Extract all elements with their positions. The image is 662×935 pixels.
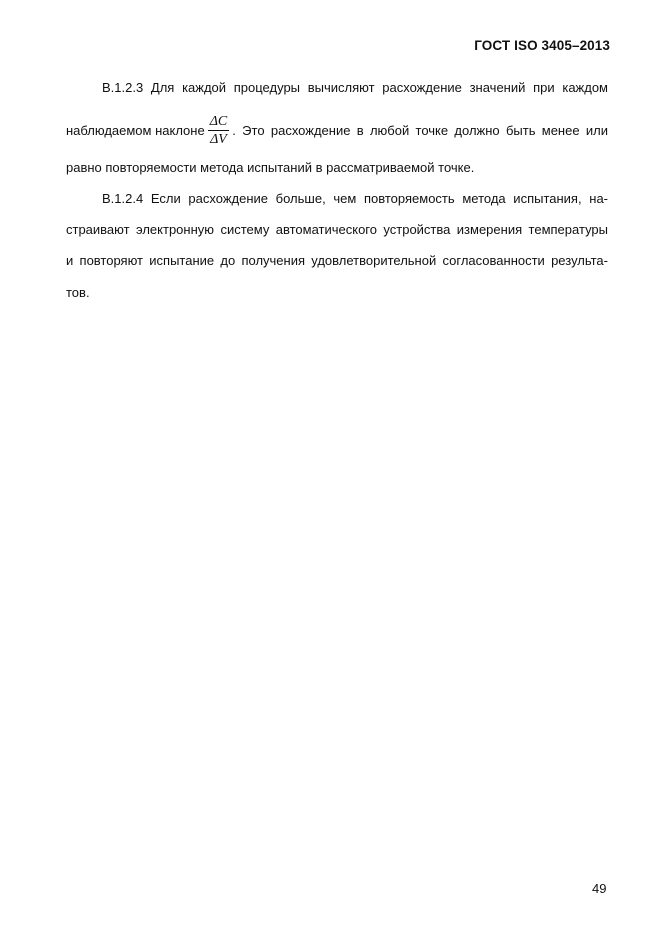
paragraph-b124-line-4: тов. (66, 285, 608, 301)
paragraph-b124-line-3: и повторяют испытание до получения удовл… (66, 253, 608, 269)
fraction-denominator: ΔV (208, 131, 230, 148)
paragraph-b124-line-1: В.1.2.4 Если расхождение больше, чем пов… (66, 191, 608, 207)
paragraph-b124-line-2: страивают электронную систему автоматиче… (66, 222, 608, 238)
paragraph-b123-line-2: наблюдаемом наклоне ΔC ΔV . Это расхожде… (66, 113, 608, 148)
slope-fraction: ΔC ΔV (208, 113, 230, 148)
fraction-numerator: ΔC (208, 113, 230, 131)
paragraph-b123-text-before-fraction: наблюдаемом наклоне (66, 123, 205, 139)
document-code-header: ГОСТ ISO 3405–2013 (474, 38, 610, 53)
paragraph-b123-line-1: В.1.2.3 Для каждой процедуры вычисляют р… (66, 80, 608, 96)
paragraph-b123-text-after-fraction: . Это расхождение в любой точке должно б… (232, 123, 608, 139)
paragraph-b123-line-3: равно повторяемости метода испытаний в р… (66, 160, 608, 176)
page-number: 49 (592, 881, 606, 896)
